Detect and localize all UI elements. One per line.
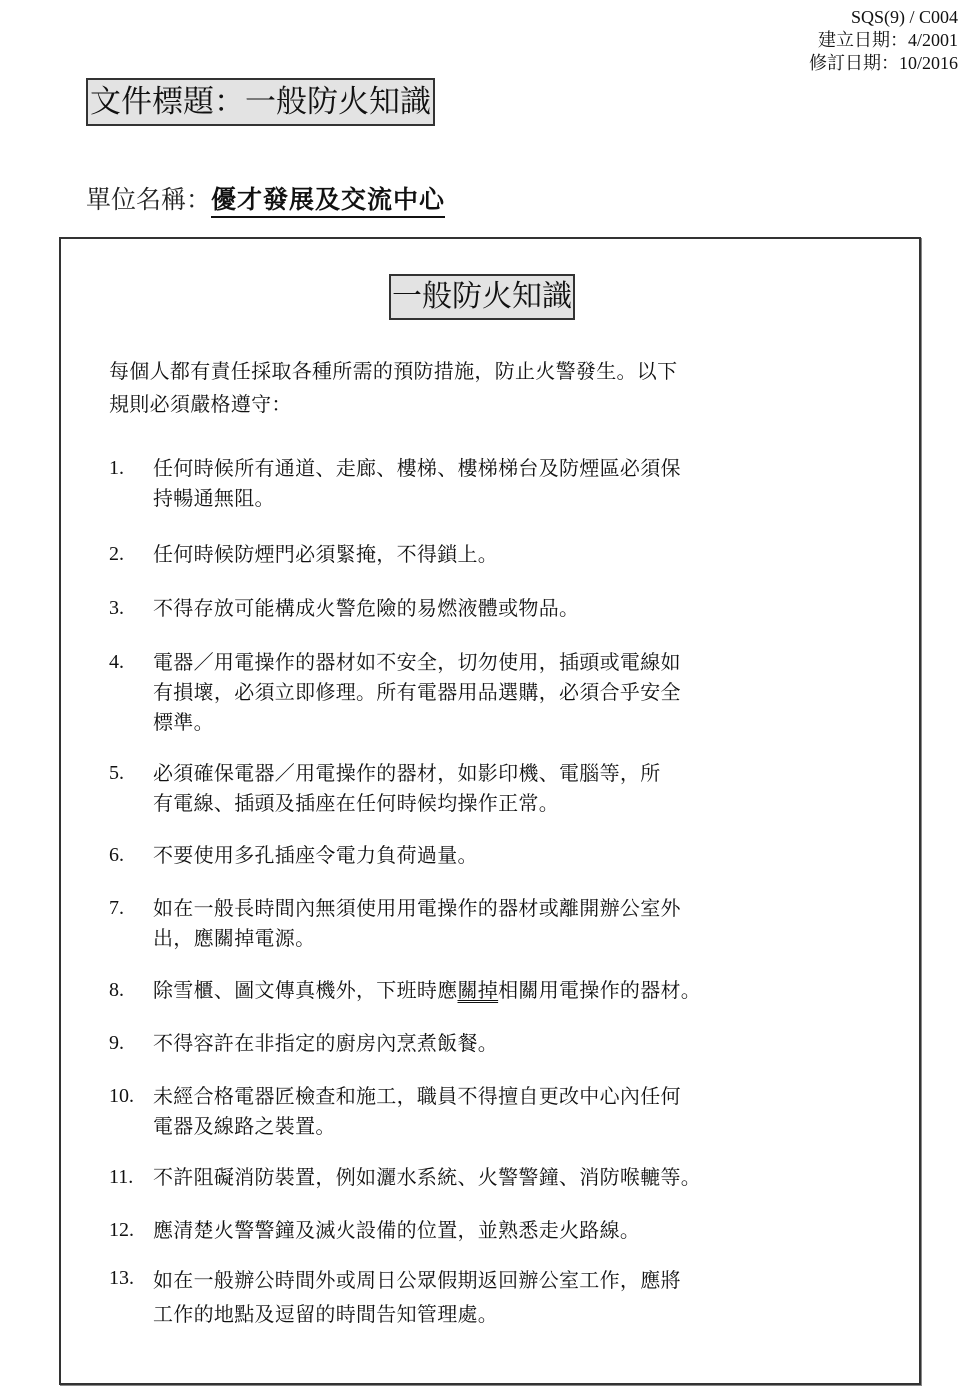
document-title: 文件標題：一般防火知識 [86,78,435,126]
rule-text-segment: 相關用電操作的器材。 [498,978,701,1002]
rule-line: 有電線、插頭及插座在任何時候均操作正常。 [153,788,753,818]
rule-line: 除雪櫃、圖文傳真機外，下班時應關掉相關用電操作的器材。 [153,975,753,1005]
rule-line: 持暢通無阻。 [153,483,753,513]
rule-text: 應清楚火警警鐘及滅火設備的位置，並熟悉走火路線。 [153,1215,753,1245]
rule-line: 不得存放可能構成火警危險的易燃液體或物品。 [153,593,753,623]
document-meta: SQS(9) / C004 建立日期：4/2001 修訂日期：10/2016 [809,6,958,75]
unit-name: 優才發展及交流中心 [211,185,445,218]
rule-number: 7. [109,893,153,923]
rule-line: 應清楚火警警鐘及滅火設備的位置，並熟悉走火路線。 [153,1215,753,1245]
rule-number: 11. [109,1162,153,1192]
rule-line: 不許阻礙消防裝置，例如灑水系統、火警警鐘、消防喉轆等。 [153,1162,753,1192]
rule-text: 任何時候所有通道、走廊、樓梯、樓梯梯台及防煙區必須保 持暢通無阻。 [153,453,753,513]
rule-text: 電器／用電操作的器材如不安全，切勿使用，插頭或電線如 有損壞，必須立即修理。所有… [153,647,753,737]
rule-line: 標準。 [153,707,753,737]
rule-number: 6. [109,840,153,870]
rule-text: 除雪櫃、圖文傳真機外，下班時應關掉相關用電操作的器材。 [153,975,753,1005]
revised-date-value: 10/2016 [899,53,958,73]
rule-text: 不許阻礙消防裝置，例如灑水系統、火警警鐘、消防喉轆等。 [153,1162,753,1192]
rule-text: 未經合格電器匠檢查和施工，職員不得擅自更改中心內任何 電器及線路之裝置。 [153,1081,753,1141]
rule-number: 9. [109,1028,153,1058]
rule-number: 12. [109,1215,153,1245]
rule-line: 任何時候所有通道、走廊、樓梯、樓梯梯台及防煙區必須保 [153,453,753,483]
rule-line: 工作的地點及逗留的時間告知管理處。 [153,1297,753,1331]
created-date-label: 建立日期： [818,30,908,50]
rule-line: 電器／用電操作的器材如不安全，切勿使用，插頭或電線如 [153,647,753,677]
rule-text: 必須確保電器／用電操作的器材，如影印機、電腦等，所 有電線、插頭及插座在任何時候… [153,758,753,818]
revised-date-label: 修訂日期： [809,53,899,73]
rule-number: 10. [109,1081,153,1111]
doc-code: SQS(9) / C004 [809,6,958,29]
rule-line: 不得容許在非指定的廚房內烹煮飯餐。 [153,1028,753,1058]
rule-text: 如在一般辦公時間外或周日公眾假期返回辦公室工作，應將 工作的地點及逗留的時間告知… [153,1263,753,1331]
created-date-value: 4/2001 [908,30,958,50]
rule-text: 不得存放可能構成火警危險的易燃液體或物品。 [153,593,753,623]
created-date-line: 建立日期：4/2001 [809,29,958,52]
rule-line: 任何時候防煙門必須緊掩，不得鎖上。 [153,539,753,569]
content-frame: 一般防火知識 每個人都有責任採取各種所需的預防措施，防止火警發生。以下 規則必須… [59,237,921,1385]
intro-paragraph: 每個人都有責任採取各種所需的預防措施，防止火警發生。以下 規則必須嚴格遵守： [109,355,749,421]
rule-number: 13. [109,1263,153,1293]
rule-number: 4. [109,647,153,677]
underlined-text: 關掉 [458,978,499,1002]
rule-line: 如在一般長時間內無須使用用電操作的器材或離開辦公室外 [153,893,753,923]
section-title: 一般防火知識 [389,274,575,320]
rule-line: 出，應關掉電源。 [153,923,753,953]
rule-line: 電器及線路之裝置。 [153,1111,753,1141]
rule-line: 有損壞，必須立即修理。所有電器用品選購，必須合乎安全 [153,677,753,707]
rule-line: 未經合格電器匠檢查和施工，職員不得擅自更改中心內任何 [153,1081,753,1111]
unit-name-line: 單位名稱：優才發展及交流中心 [86,182,445,218]
rule-number: 8. [109,975,153,1005]
unit-label: 單位名稱： [86,185,211,214]
rule-line: 不要使用多孔插座令電力負荷過量。 [153,840,753,870]
rule-number: 2. [109,539,153,569]
intro-line: 每個人都有責任採取各種所需的預防措施，防止火警發生。以下 [109,355,749,388]
rule-text-segment: 除雪櫃、圖文傳真機外，下班時應 [153,978,458,1002]
rule-text: 如在一般長時間內無須使用用電操作的器材或離開辦公室外 出，應關掉電源。 [153,893,753,953]
rule-text: 不得容許在非指定的廚房內烹煮飯餐。 [153,1028,753,1058]
revised-date-line: 修訂日期：10/2016 [809,52,958,75]
intro-line: 規則必須嚴格遵守： [109,388,749,421]
rule-number: 1. [109,453,153,483]
rule-text: 任何時候防煙門必須緊掩，不得鎖上。 [153,539,753,569]
rule-number: 5. [109,758,153,788]
rule-number: 3. [109,593,153,623]
rule-text: 不要使用多孔插座令電力負荷過量。 [153,840,753,870]
rule-line: 必須確保電器／用電操作的器材，如影印機、電腦等，所 [153,758,753,788]
rule-line: 如在一般辦公時間外或周日公眾假期返回辦公室工作，應將 [153,1263,753,1297]
